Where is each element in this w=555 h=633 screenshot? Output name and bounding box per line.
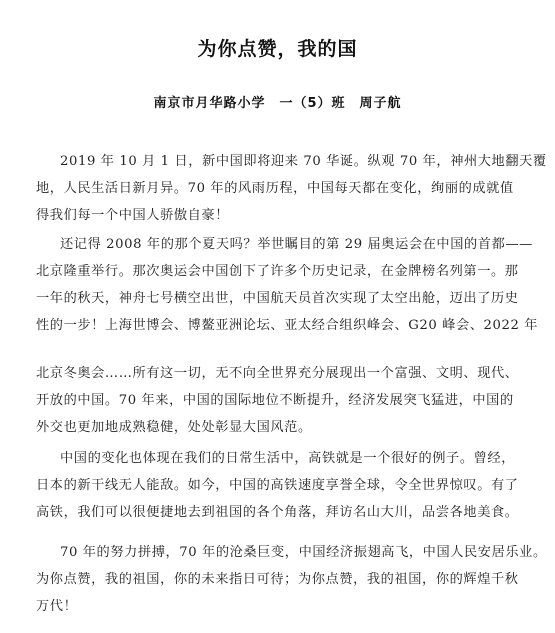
paragraph-line: 北京冬奥会……所有这一切，无不向全世界充分展现出一个富强、文明、现代、 (36, 362, 519, 381)
paragraph-line: 中国的变化也体现在我们的日常生活中，高铁就是一个很好的例子。曾经， (60, 447, 515, 466)
paragraph-line: 70 年的努力拼搏，70 年的沧桑巨变，中国经济振翅高飞，中国人民安居乐业。 (60, 541, 547, 560)
paragraph-line: 2019 年 10 月 1 日，新中国即将迎来 70 华诞。纵观 70 年，神州… (60, 150, 547, 169)
document-title: 为你点赞，我的国 (0, 34, 555, 61)
paragraph-line: 还记得 2008 年的那个夏天吗？举世瞩目的第 29 届奥运会在中国的首都—— (60, 233, 533, 252)
paragraph-line: 日本的新干线无人能敌。如今，中国的高铁速度享誉全球，令全世界惊叹。有了 (36, 474, 519, 493)
paragraph-line: 性的一步！上海世博会、博鳌亚洲论坛、亚太经合组织峰会、G20 峰会、2022 年 (36, 314, 538, 333)
paragraph-line: 地，人民生活日新月异。70 年的风雨历程，中国每天都在变化，绚丽的成就值 (36, 177, 514, 196)
paragraph-line: 为你点赞，我的祖国，你的未来指日可待；为你点赞，我的祖国，你的辉煌千秋 (36, 568, 519, 587)
author-byline: 南京市月华路小学 一（5）班 周子航 (0, 92, 555, 111)
paragraph-line: 外交也更加地成熟稳健，处处彰显大国风范。 (36, 416, 312, 435)
document-page: 为你点赞，我的国 南京市月华路小学 一（5）班 周子航 2019 年 10 月 … (0, 0, 555, 633)
paragraph-line: 得我们每一个中国人骄傲自豪！ (36, 204, 229, 223)
paragraph-line: 万代！ (36, 595, 77, 614)
paragraph-line: 北京隆重举行。那次奥运会中国创下了许多个历史记录，在金牌榜名列第一。那 (36, 260, 519, 279)
paragraph-line: 高铁，我们可以很便捷地去到祖国的各个角落，拜访名山大川，品尝各地美食。 (36, 501, 519, 520)
paragraph-line: 一年的秋天，神舟七号横空出世，中国航天员首次实现了太空出舱，迈出了历史 (36, 287, 519, 306)
paragraph-line: 开放的中国。70 年来，中国的国际地位不断提升，经济发展突飞猛进，中国的 (36, 389, 514, 408)
